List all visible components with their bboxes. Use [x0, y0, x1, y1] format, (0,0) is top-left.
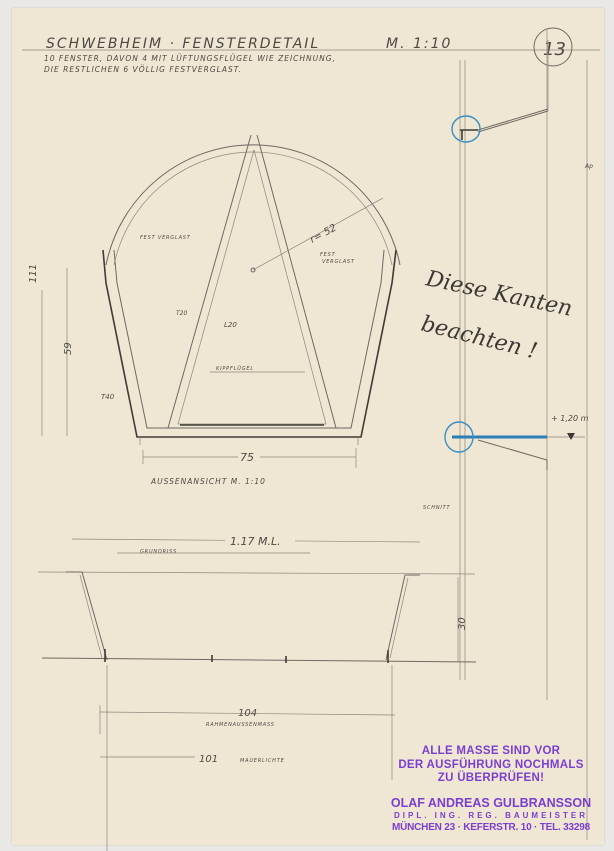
margin-note-2: beachten ! — [419, 312, 540, 365]
header: SCHWEBHEIM · FENSTERDETAIL M. 1:10 10 FE… — [22, 28, 600, 74]
radius-label: r= 52 — [308, 223, 338, 246]
section-caption: SCHNITT — [423, 505, 450, 511]
margin-note-1: Diese Kanten — [423, 266, 575, 322]
left-glass-label: FEST VERGLAST — [140, 235, 191, 241]
dim-lower-height: 59 — [63, 342, 74, 355]
right-glass-label-2: VERGLAST — [322, 259, 355, 265]
plan-dim-depth: 30 — [457, 617, 468, 630]
drawing-scale: M. 1:10 — [386, 36, 452, 52]
stamp-line-1: ALLE MASSE SIND VOR — [378, 745, 604, 759]
note-line-2: DIE RESTLICHEN 6 VÖLLIG FESTVERGLAST. — [44, 65, 242, 74]
plan-dim-opening-label: MAUERLICHTE — [240, 758, 285, 764]
profile-t20: T20 — [176, 310, 187, 317]
tilt-sash-label: KIPPFLÜGEL — [216, 365, 254, 372]
stamp-line-2: DER AUSFÜHRUNG NOCHMALS — [378, 759, 604, 773]
elevation-view: r= 52 FEST VERGLAST FEST VERGLAST KIPPFL… — [28, 135, 400, 486]
profile-t40: T40 — [101, 393, 115, 401]
stamp-line-3: ZU ÜBERPRÜFEN! — [378, 772, 604, 786]
elevation-caption: AUSSENANSICHT M. 1:10 — [150, 477, 266, 486]
level-label: + 1,20 m — [551, 414, 589, 423]
profile-l20: L20 — [224, 321, 237, 329]
detail-circle-upper — [452, 116, 480, 142]
sheet-number: 13 — [543, 39, 566, 60]
section-view: + 1,20 m SCHNITT Ap Diese Kanten beachte… — [419, 30, 594, 840]
plan-dim-frame-label: RAHMENAUSSENMASS — [206, 722, 275, 728]
architect-stamp: ALLE MASSE SIND VOR DER AUSFÜHRUNG NOCHM… — [378, 745, 604, 834]
note-line-1: 10 FENSTER, DAVON 4 MIT LÜFTUNGSFLÜGEL W… — [44, 54, 336, 63]
stamp-address: MÜNCHEN 23 · KEFERSTR. 10 · TEL. 33298 — [378, 821, 604, 834]
plan-dim-top: 1.17 M.L. — [230, 535, 281, 548]
dim-total-height: 111 — [28, 264, 39, 283]
plan-dim-frame: 104 — [238, 708, 257, 719]
plan-dim-opening: 101 — [199, 754, 218, 765]
stamp-architect-name: OLAF ANDREAS GULBRANSSON — [378, 796, 604, 810]
stamp-architect-title: DIPL. ING. REG. BAUMEISTER — [378, 810, 604, 821]
right-glass-label-1: FEST — [320, 252, 336, 258]
dim-width: 75 — [240, 451, 254, 464]
plan-caption: GRUNDRISS — [140, 549, 177, 555]
small-mark: Ap — [584, 163, 593, 170]
drawing-title: SCHWEBHEIM · FENSTERDETAIL — [46, 36, 320, 52]
technical-drawing: SCHWEBHEIM · FENSTERDETAIL M. 1:10 10 FE… — [0, 0, 614, 851]
